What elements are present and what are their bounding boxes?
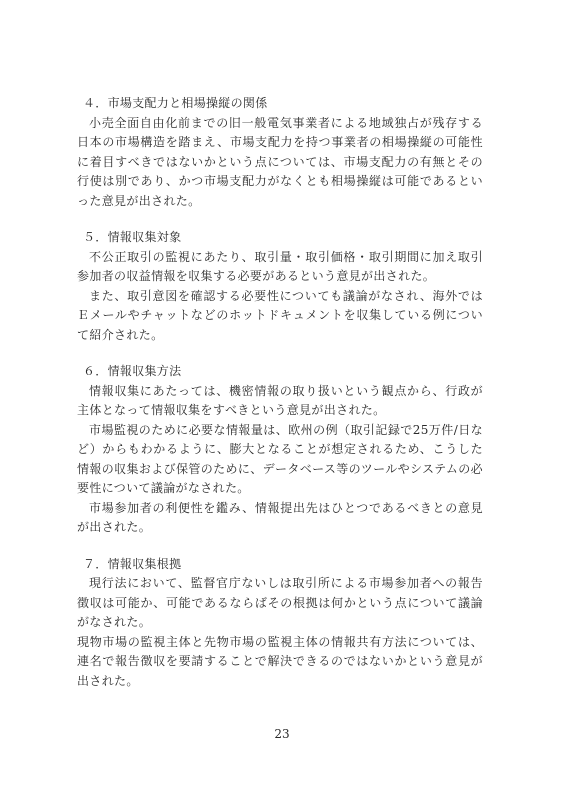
section-heading: ６．情報収集方法 [77,362,483,382]
paragraph: 市場監視のために必要な情報量は、欧州の例（取引記録で25万件/日など）からもわか… [77,421,483,499]
section-heading: ５．情報収集対象 [77,228,483,248]
paragraph: 不公正取引の監視にあたり、取引量・取引価格・取引期間に加え取引参加者の収益情報を… [77,248,483,287]
page-number: 23 [0,727,564,741]
document-body: ４．市場支配力と相場操縦の関係 小売全面自由化前までの旧一般電気事業者による地域… [77,94,483,708]
section-heading: ７．情報収集根拠 [77,555,483,575]
paragraph: 小売全面自由化前までの旧一般電気事業者による地域独占が残存する日本の市場構造を踏… [77,114,483,212]
paragraph: 情報収集にあたっては、機密情報の取り扱いという観点から、行政が主体となって情報収… [77,382,483,421]
paragraph: また、取引意図を確認する必要性についても議論がなされ、海外ではＥメールやチャット… [77,287,483,346]
section-4-market-power: ４．市場支配力と相場操縦の関係 小売全面自由化前までの旧一般電気事業者による地域… [77,94,483,211]
paragraph: 現物市場の監視主体と先物市場の監視主体の情報共有方法については、連名で報告徴収を… [77,633,483,692]
section-5-collection-targets: ５．情報収集対象 不公正取引の監視にあたり、取引量・取引価格・取引期間に加え取引… [77,228,483,345]
section-6-collection-methods: ６．情報収集方法 情報収集にあたっては、機密情報の取り扱いという観点から、行政が… [77,362,483,538]
section-heading: ４．市場支配力と相場操縦の関係 [77,94,483,114]
paragraph: 市場参加者の利便性を鑑み、情報提出先はひとつであるべきとの意見が出された。 [77,499,483,538]
section-7-legal-basis: ７．情報収集根拠 現行法において、監督官庁ないしは取引所による市場参加者への報告… [77,555,483,692]
paragraph: 現行法において、監督官庁ないしは取引所による市場参加者への報告徴収は可能か、可能… [77,574,483,633]
